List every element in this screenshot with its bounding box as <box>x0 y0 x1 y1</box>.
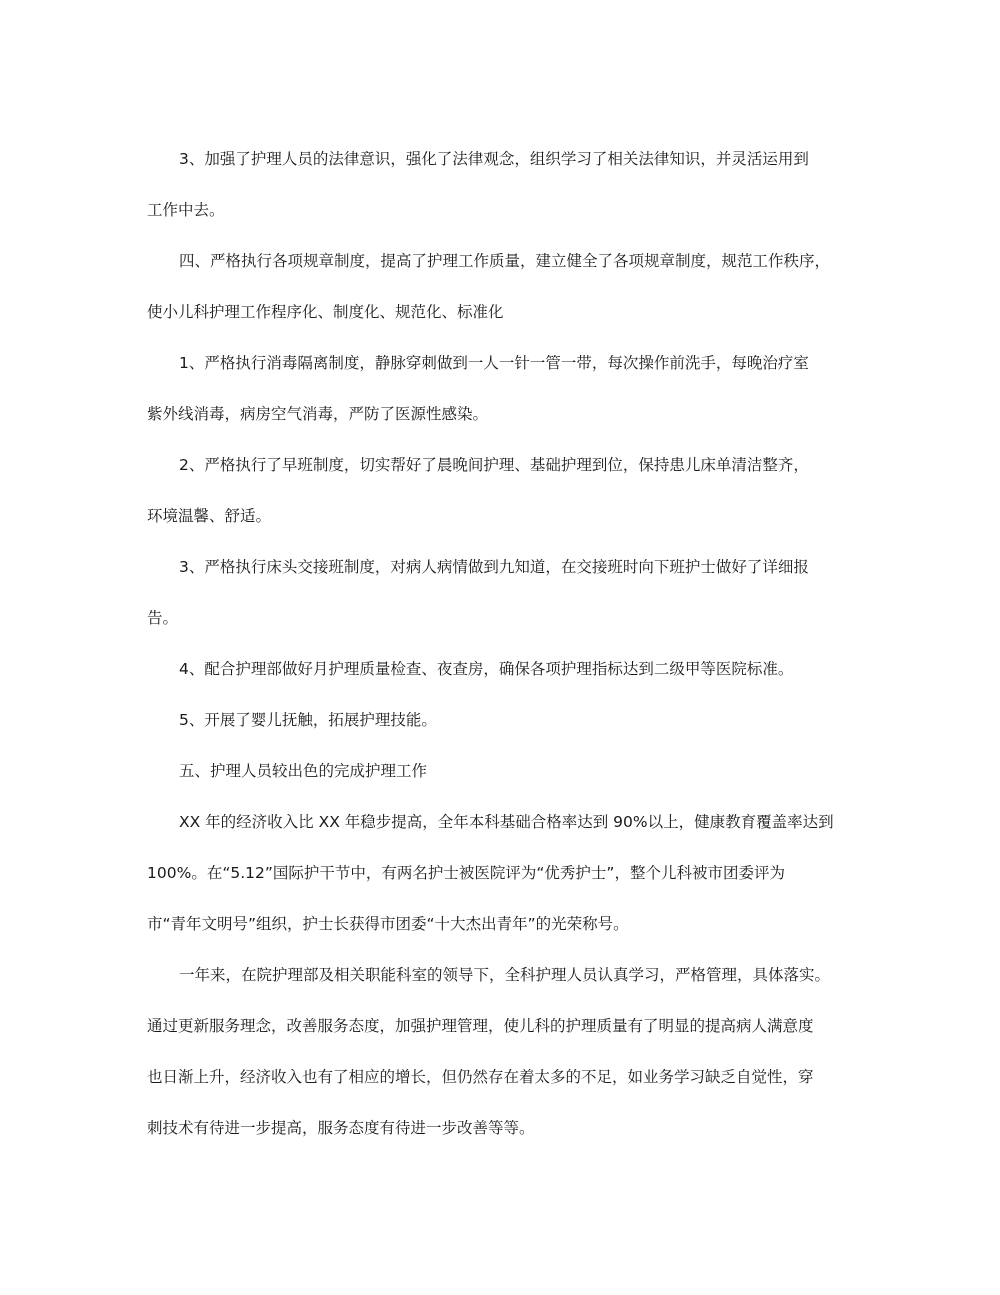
text-line: 也日渐上升，经济收入也有了相应的增长，但仍然存在着太多的不足，如业务学习缺乏自觉… <box>147 1052 859 1103</box>
text-line: 4、配合护理部做好月护理质量检查、夜查房，确保各项护理指标达到二级甲等医院标准。 <box>147 644 859 695</box>
text-line: 四、严格执行各项规章制度，提高了护理工作质量，建立健全了各项规章制度，规范工作秩… <box>147 236 859 287</box>
text-line: 市“青年文明号”组织，护士长获得市团委“十大杰出青年”的光荣称号。 <box>147 899 859 950</box>
text-line: 五、护理人员较出色的完成护理工作 <box>147 746 859 797</box>
text-line: 2、严格执行了早班制度，切实帮好了晨晚间护理、基础护理到位，保持患儿床单清洁整齐… <box>147 440 859 491</box>
text-line: 工作中去。 <box>147 185 859 236</box>
document-page: 3、加强了护理人员的法律意识，强化了法律观念，组织学习了相关法律知识，并灵活运用… <box>147 134 859 1154</box>
text-line: 环境温馨、舒适。 <box>147 491 859 542</box>
paragraph-achievements: XX 年的经济收入比 XX 年稳步提高，全年本科基础合格率达到 90%以上，健康… <box>147 797 859 950</box>
section-heading-four: 四、严格执行各项规章制度，提高了护理工作质量，建立健全了各项规章制度，规范工作秩… <box>147 236 859 338</box>
text-line: 通过更新服务理念，改善服务态度，加强护理管理，使儿科的护理质量有了明显的提高病人… <box>147 1001 859 1052</box>
text-line: 使小儿科护理工作程序化、制度化、规范化、标准化 <box>147 287 859 338</box>
text-line: 5、开展了婴儿抚触，拓展护理技能。 <box>147 695 859 746</box>
paragraph-summary: 一年来，在院护理部及相关职能科室的领导下，全科护理人员认真学习，严格管理，具体落… <box>147 950 859 1154</box>
text-line: 3、严格执行床头交接班制度，对病人病情做到九知道，在交接班时向下班护士做好了详细… <box>147 542 859 593</box>
text-line: 100%。在“5.12”国际护干节中，有两名护士被医院评为“优秀护士”，整个儿科… <box>147 848 859 899</box>
paragraph-quality-check: 4、配合护理部做好月护理质量检查、夜查房，确保各项护理指标达到二级甲等医院标准。 <box>147 644 859 695</box>
paragraph-disinfection: 1、严格执行消毒隔离制度，静脉穿刺做到一人一针一管一带，每次操作前洗手，每晚治疗… <box>147 338 859 440</box>
paragraph-infant-touch: 5、开展了婴儿抚触，拓展护理技能。 <box>147 695 859 746</box>
text-line: 告。 <box>147 593 859 644</box>
paragraph-shift-handover: 3、严格执行床头交接班制度，对病人病情做到九知道，在交接班时向下班护士做好了详细… <box>147 542 859 644</box>
paragraph-early-shift: 2、严格执行了早班制度，切实帮好了晨晚间护理、基础护理到位，保持患儿床单清洁整齐… <box>147 440 859 542</box>
text-line: 刺技术有待进一步提高，服务态度有待进一步改善等等。 <box>147 1103 859 1154</box>
paragraph-legal-awareness: 3、加强了护理人员的法律意识，强化了法律观念，组织学习了相关法律知识，并灵活运用… <box>147 134 859 236</box>
text-line: 3、加强了护理人员的法律意识，强化了法律观念，组织学习了相关法律知识，并灵活运用… <box>147 134 859 185</box>
section-heading-five: 五、护理人员较出色的完成护理工作 <box>147 746 859 797</box>
text-line: 1、严格执行消毒隔离制度，静脉穿刺做到一人一针一管一带，每次操作前洗手，每晚治疗… <box>147 338 859 389</box>
text-line: 紫外线消毒，病房空气消毒，严防了医源性感染。 <box>147 389 859 440</box>
text-line: XX 年的经济收入比 XX 年稳步提高，全年本科基础合格率达到 90%以上，健康… <box>147 797 859 848</box>
text-line: 一年来，在院护理部及相关职能科室的领导下，全科护理人员认真学习，严格管理，具体落… <box>147 950 859 1001</box>
